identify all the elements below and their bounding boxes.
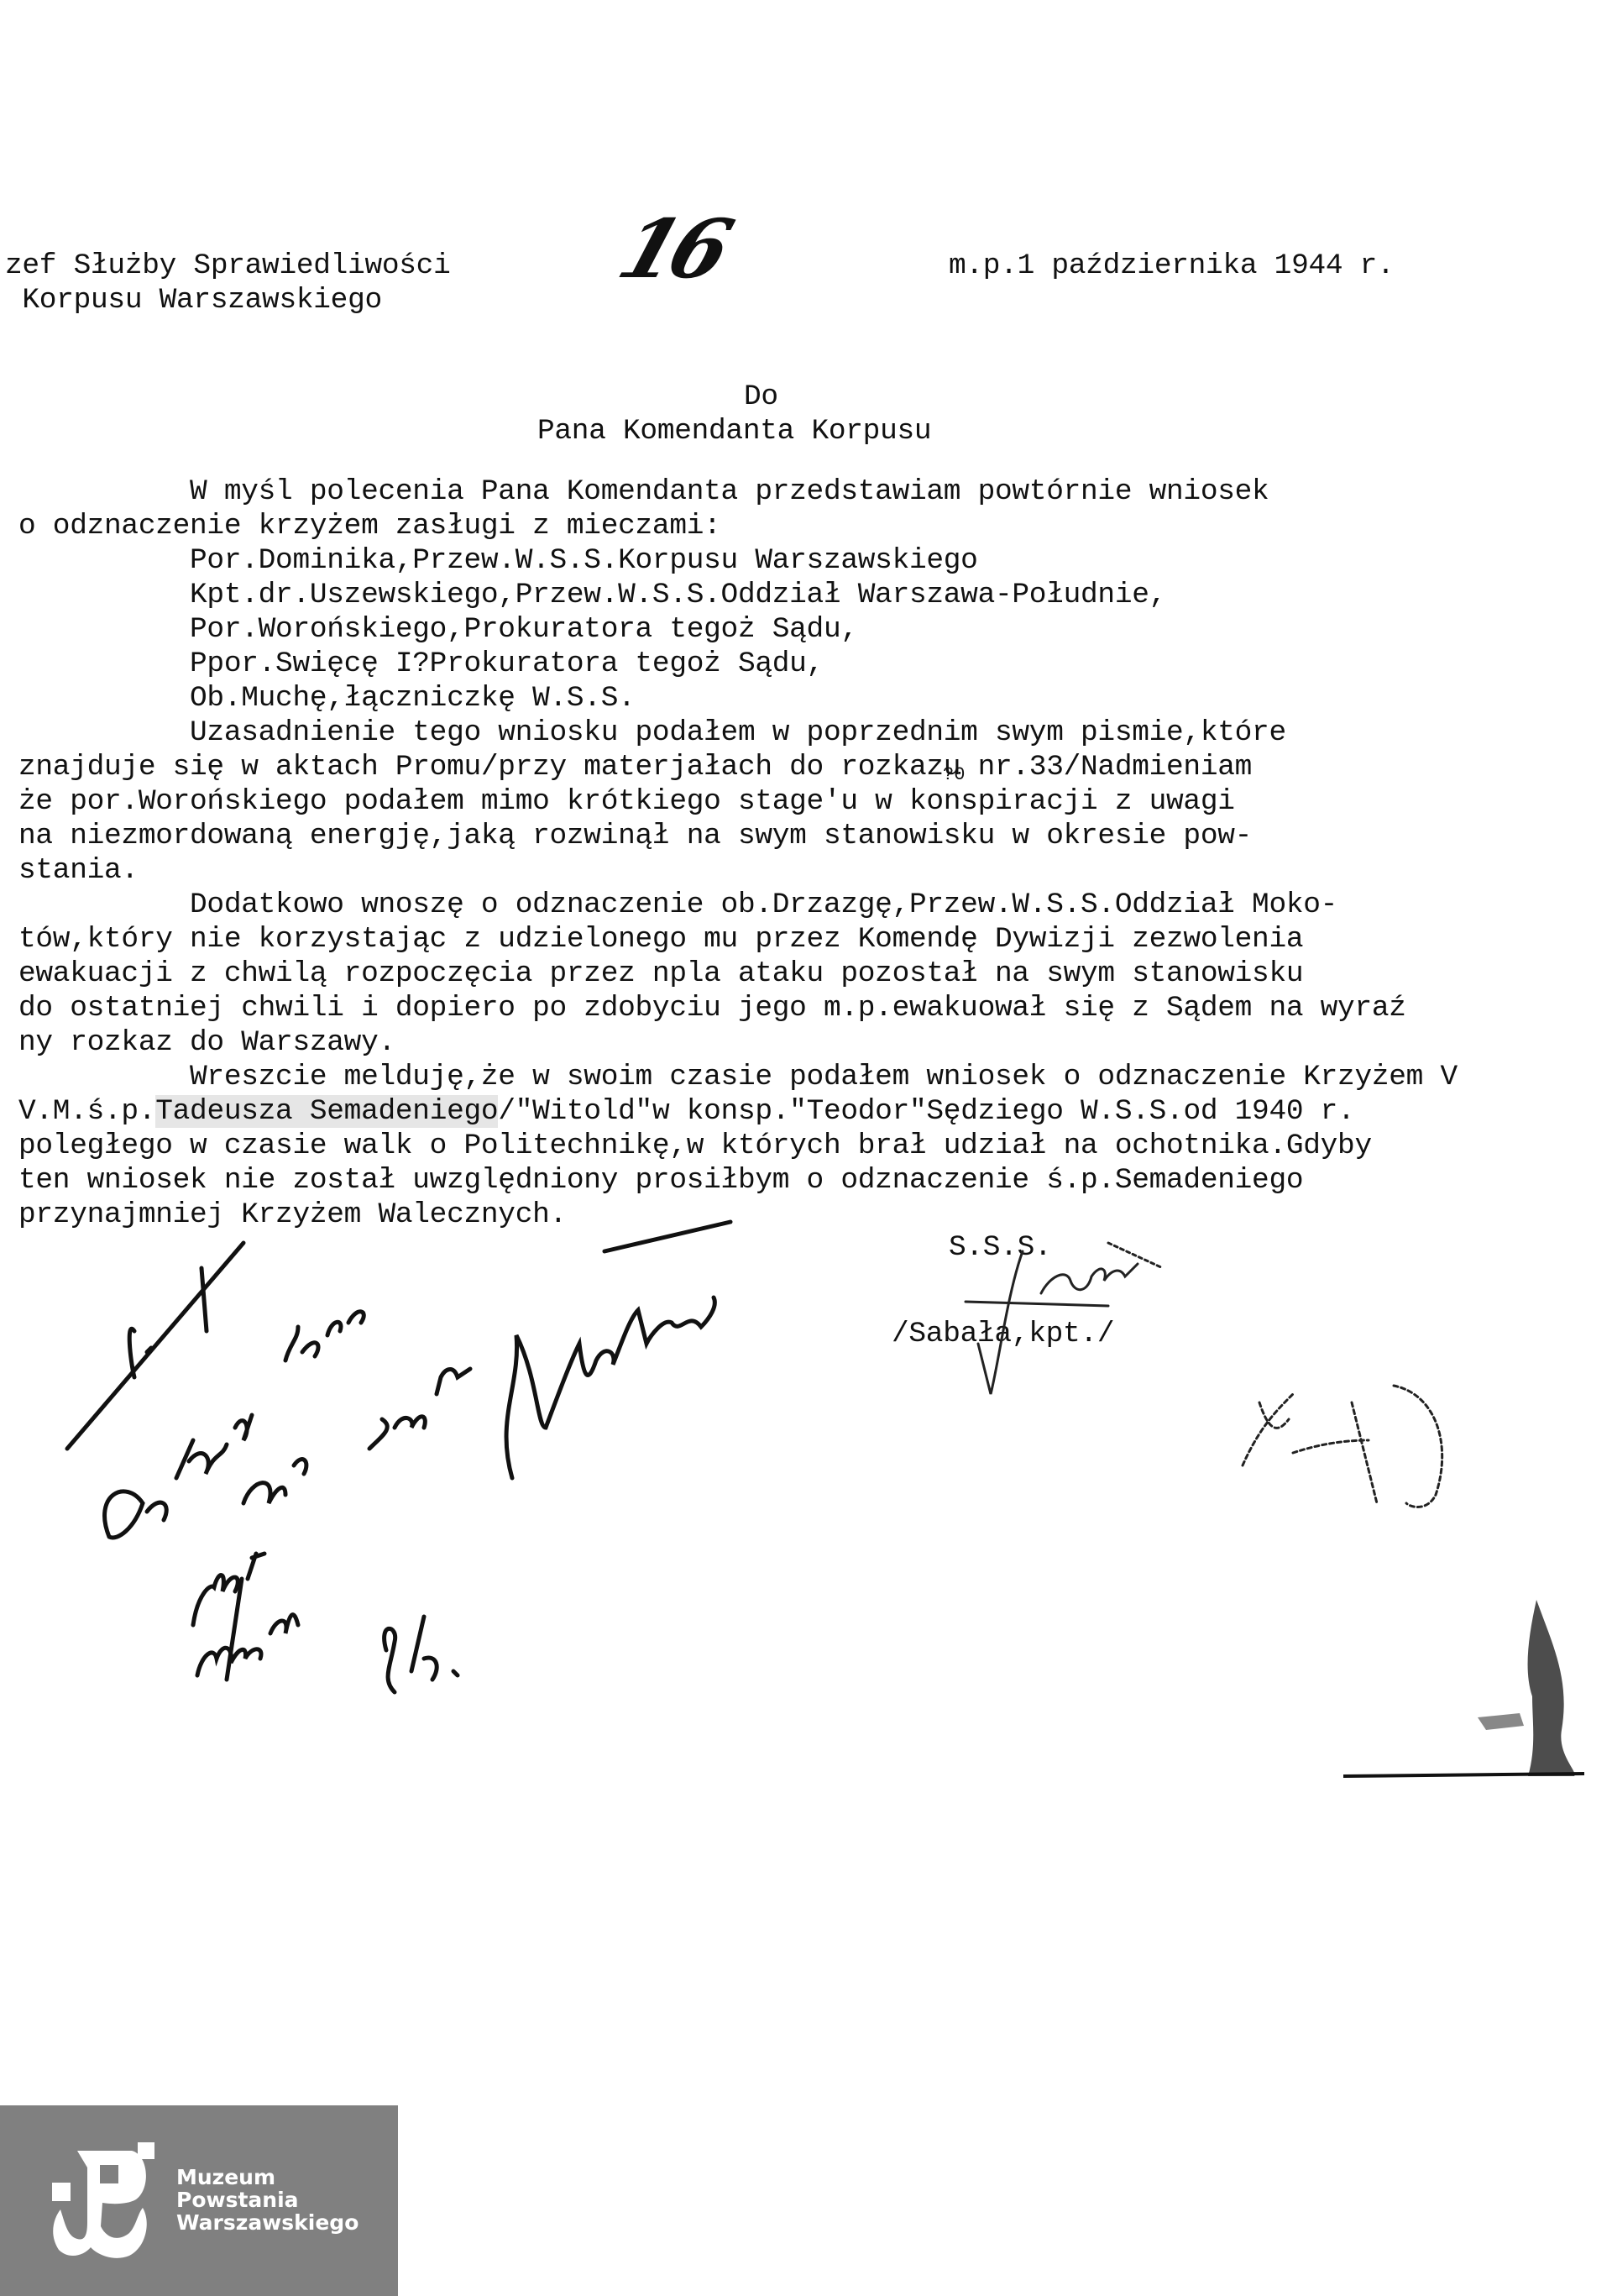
museum-watermark-logo: Muzeum Powstania Warszawskiego [0,2105,398,2296]
handwritten-resolution-note [67,1222,730,1692]
handwritten-initials-stamp [1243,1386,1442,1507]
museum-name: Muzeum Powstania Warszawskiego [176,2166,359,2234]
handwritten-signature-sabala [966,1243,1163,1394]
kotwica-anchor-icon [52,2142,165,2260]
museum-name-line-1: Muzeum [176,2166,359,2189]
museum-name-line-2: Powstania [176,2189,359,2211]
handwriting-annotations [0,0,1612,2296]
ink-blot-mark [1343,1600,1584,1778]
museum-name-line-3: Warszawskiego [176,2211,359,2234]
